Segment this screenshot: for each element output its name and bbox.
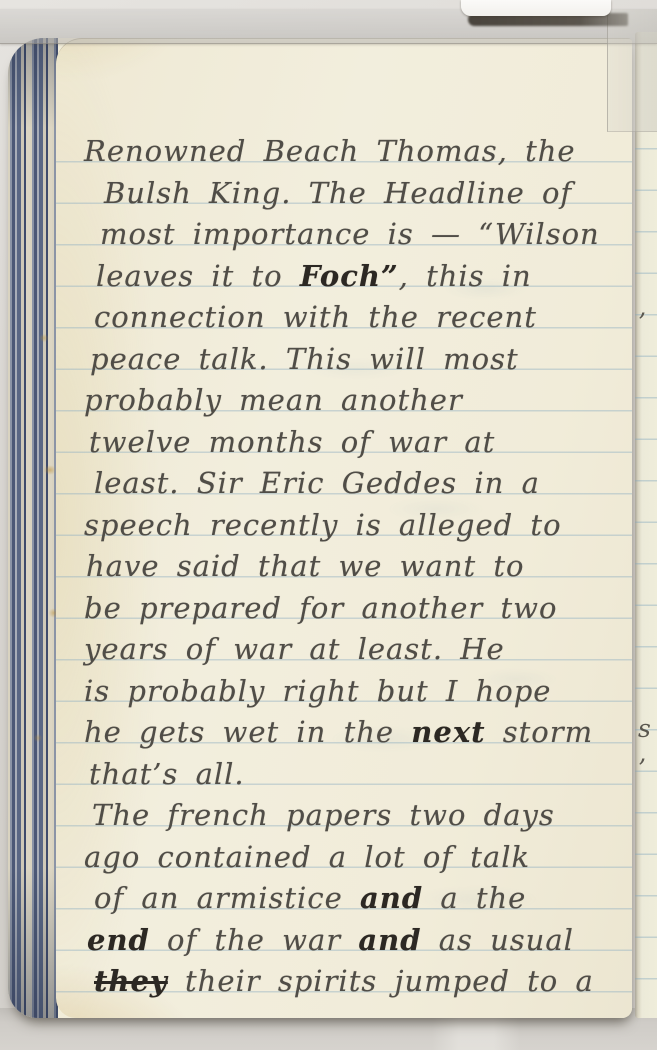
- handwriting-segment: be prepared for another two: [84, 591, 557, 625]
- handwriting-segment: ago contained a lot of talk: [84, 840, 530, 874]
- handwriting-segment: twelve months of war at: [89, 425, 495, 459]
- handwriting-segment: as usual: [422, 923, 574, 957]
- handwritten-line: he gets wet in the next storm: [56, 712, 632, 754]
- handwriting: Renowned Beach Thomas, theBulsh King. Th…: [56, 131, 632, 1003]
- handwriting-segment: Renowned Beach Thomas, the: [84, 134, 576, 168]
- handwriting-segment: peace talk. This will most: [90, 342, 519, 376]
- handwritten-line: Renowned Beach Thomas, the: [56, 131, 632, 173]
- handwritten-line: connection with the recent: [56, 297, 632, 339]
- handwriting-segment: is probably right but I hope: [84, 674, 551, 708]
- acrylic-strip-corner: [607, 9, 657, 132]
- handwriting-segment: and: [358, 923, 421, 957]
- handwriting-segment: a the: [423, 881, 526, 915]
- handwritten-line: is probably right but I hope: [56, 671, 632, 713]
- handwriting-segment: that’s all.: [89, 757, 245, 791]
- handwriting-segment: they: [94, 964, 168, 998]
- handwriting-segment: leaves it to: [96, 259, 300, 293]
- handwriting-segment: least. Sir Eric Geddes in a: [94, 466, 540, 500]
- handwriting-segment: probably mean another: [84, 383, 463, 417]
- handwritten-line: The french papers two days: [56, 795, 632, 837]
- handwritten-line: ago contained a lot of talk: [56, 837, 632, 879]
- handwritten-line: that’s all.: [56, 754, 632, 796]
- adjacent-ruled-lines: [635, 108, 657, 998]
- handwriting-segment: their spirits jumped to a: [168, 964, 594, 998]
- handwriting-segment: and: [360, 881, 423, 915]
- white-tab: [461, 0, 611, 16]
- handwritten-line: have said that we want to: [56, 546, 632, 588]
- handwritten-line: end of the war and as usual: [56, 920, 632, 962]
- adjacent-page-text-fragment: ’: [638, 754, 646, 783]
- handwritten-line: they their spirits jumped to a: [56, 961, 632, 1003]
- handwriting-segment: speech recently is alleged to: [84, 508, 562, 542]
- handwriting-segment: connection with the recent: [94, 300, 537, 334]
- notebook-photo: ’s’ Renowned Beach Thomas, theBulsh King…: [0, 0, 657, 1050]
- handwriting-segment: Foch”: [300, 259, 399, 293]
- handwritten-line: twelve months of war at: [56, 422, 632, 464]
- notebook: Renowned Beach Thomas, theBulsh King. Th…: [8, 38, 632, 1018]
- handwriting-segment: most importance is — “Wilson: [100, 217, 600, 251]
- handwritten-line: probably mean another: [56, 380, 632, 422]
- handwriting-segment: years of war at least. He: [84, 632, 505, 666]
- handwriting-segment: end: [87, 923, 150, 957]
- adjacent-page-edge: ’s’: [635, 32, 657, 1018]
- handwriting-segment: Bulsh King. The Headline of: [104, 176, 572, 210]
- handwriting-segment: , this in: [399, 259, 532, 293]
- adjacent-page-text-fragment: s: [638, 714, 651, 743]
- handwriting-segment: of the war: [150, 923, 359, 957]
- handwriting-segment: next: [411, 715, 485, 749]
- handwriting-segment: he gets wet in the: [84, 715, 411, 749]
- handwritten-line: speech recently is alleged to: [56, 505, 632, 547]
- handwriting-segment: The french papers two days: [92, 798, 555, 832]
- handwritten-line: least. Sir Eric Geddes in a: [56, 463, 632, 505]
- handwriting-segment: of an armistice: [94, 881, 360, 915]
- handwriting-segment: have said that we want to: [86, 549, 524, 583]
- handwritten-line: leaves it to Foch”, this in: [56, 256, 632, 298]
- handwritten-line: years of war at least. He: [56, 629, 632, 671]
- page-stack-edges: [8, 38, 58, 1018]
- handwritten-line: Bulsh King. The Headline of: [56, 173, 632, 215]
- handwritten-line: peace talk. This will most: [56, 339, 632, 381]
- adjacent-page-text-fragment: ’: [638, 308, 646, 337]
- notebook-page: Renowned Beach Thomas, theBulsh King. Th…: [56, 38, 632, 1018]
- handwritten-line: most importance is — “Wilson: [56, 214, 632, 256]
- handwritten-line: be prepared for another two: [56, 588, 632, 630]
- handwriting-segment: storm: [486, 715, 594, 749]
- handwritten-line: of an armistice and a the: [56, 878, 632, 920]
